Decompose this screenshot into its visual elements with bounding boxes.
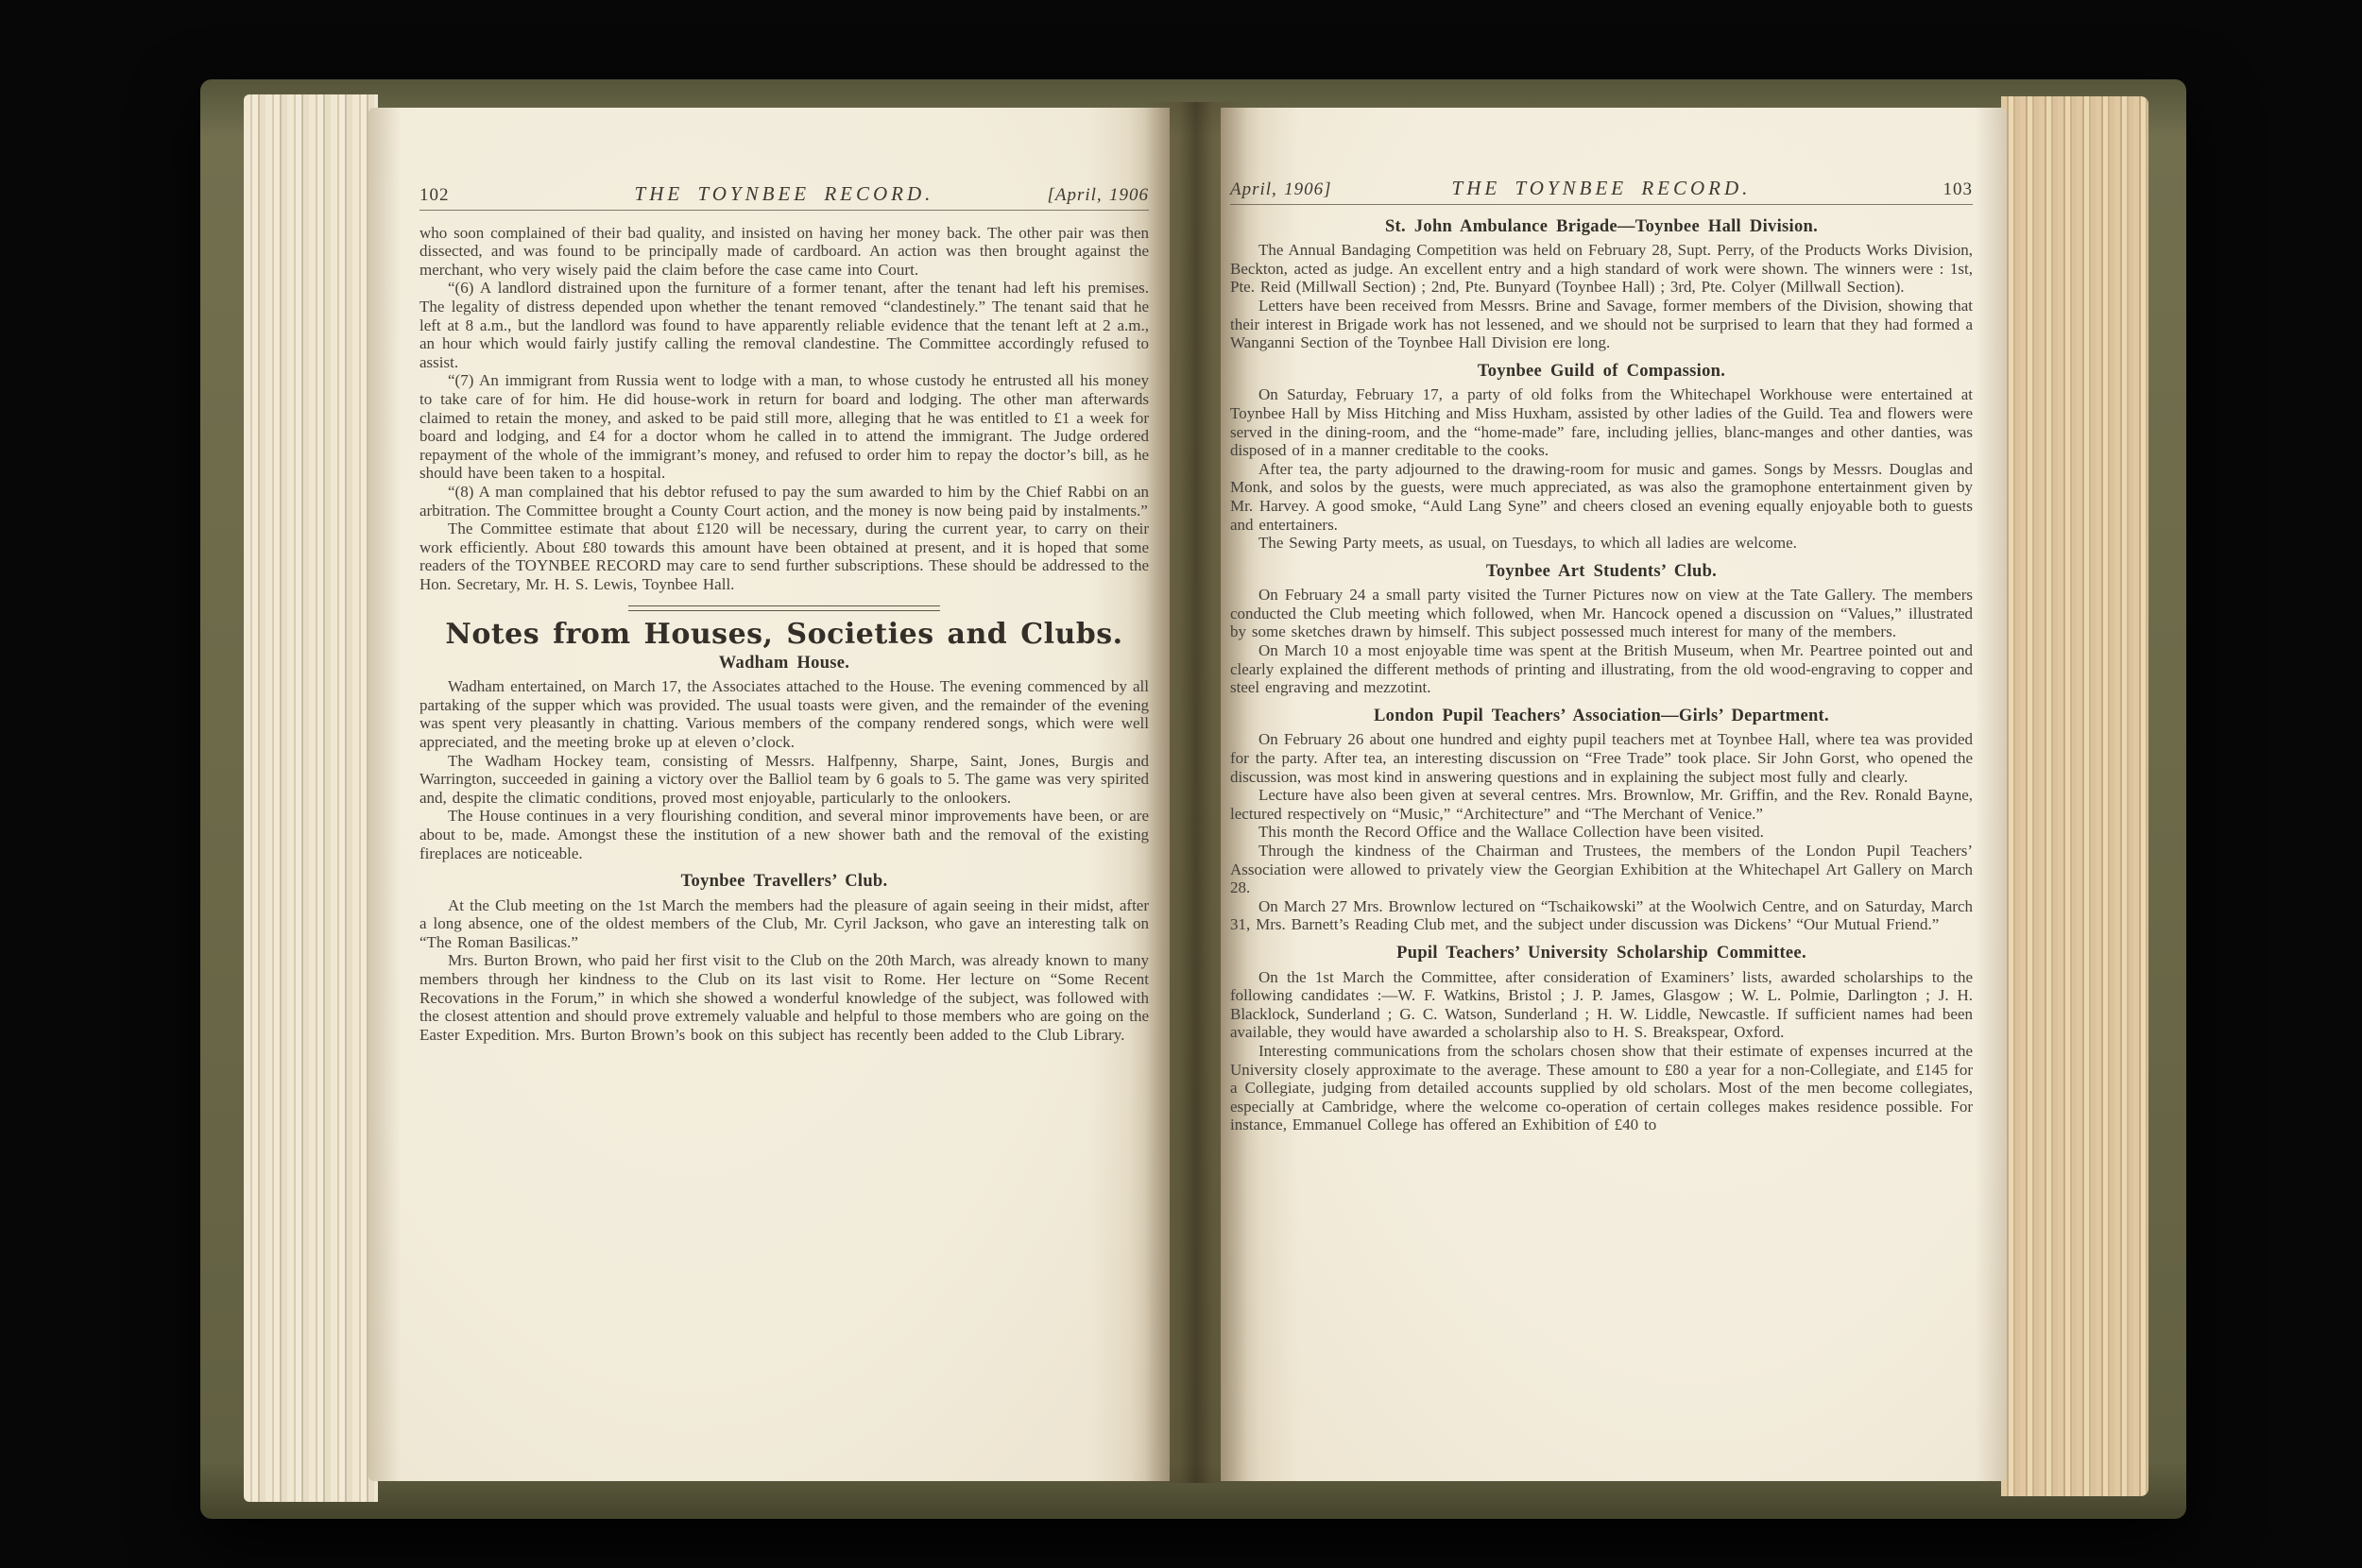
paragraph: Interesting communications from the scho… [1230, 1042, 1973, 1134]
book-photograph: 102 THE TOYNBEE RECORD. [April, 1906 who… [0, 0, 2362, 1568]
left-date-label: [April, 1906 [1047, 186, 1149, 205]
header-rule [419, 210, 1149, 211]
paragraph: The Committee estimate that about £120 w… [419, 520, 1149, 593]
left-page-text: 102 THE TOYNBEE RECORD. [April, 1906 who… [419, 185, 1149, 1044]
paragraph: The House continues in a very flourishin… [419, 807, 1149, 862]
paragraph: who soon complained of their bad quality… [419, 224, 1149, 280]
section-heading: Toynbee Travellers’ Club. [419, 873, 1149, 892]
paragraph: On the 1st March the Committee, after co… [1230, 968, 1973, 1042]
paragraph: Lecture have also been given at several … [1230, 786, 1973, 823]
section-heading: St. John Ambulance Brigade—Toynbee Hall … [1230, 218, 1973, 237]
header-rule [1230, 204, 1973, 205]
journal-title: THE TOYNBEE RECORD. [635, 185, 934, 204]
paragraph: On March 27 Mrs. Brownlow lectured on “T… [1230, 897, 1973, 934]
paragraph: Letters have been received from Messrs. … [1230, 297, 1973, 352]
left-page-number: 102 [419, 186, 450, 205]
right-running-header: April, 1906] THE TOYNBEE RECORD. 103 [1230, 179, 1973, 199]
section-heading: Wadham House. [419, 655, 1149, 673]
paragraph: On February 26 about one hundred and eig… [1230, 730, 1973, 786]
section-heading: Pupil Teachers’ University Scholarship C… [1230, 945, 1973, 963]
paragraph: “(6) A landlord distrained upon the furn… [419, 279, 1149, 371]
paragraph: The Annual Bandaging Competition was hel… [1230, 241, 1973, 297]
paragraph: Wadham entertained, on March 17, the Ass… [419, 677, 1149, 751]
paragraph: Through the kindness of the Chairman and… [1230, 842, 1973, 897]
right-page-number: 103 [1943, 180, 1974, 199]
paragraph: On March 10 a most enjoyable time was sp… [1230, 641, 1973, 697]
paragraph: This month the Record Office and the Wal… [1230, 823, 1973, 842]
section-heading: Toynbee Art Students’ Club. [1230, 563, 1973, 582]
section-divider [628, 605, 940, 611]
right-fore-edge [2001, 96, 2148, 1496]
paragraph: “(7) An immigrant from Russia went to lo… [419, 371, 1149, 483]
paragraph: On February 24 a small party visited the… [1230, 586, 1973, 641]
left-page-edges [244, 94, 378, 1502]
paragraph: On Saturday, February 17, a party of old… [1230, 385, 1973, 459]
paragraph: At the Club meeting on the 1st March the… [419, 896, 1149, 952]
chapter-heading: Notes from Houses, Societies and Clubs. [419, 625, 1149, 644]
right-page-text: April, 1906] THE TOYNBEE RECORD. 103 St.… [1230, 179, 1973, 1134]
paragraph: Mrs. Burton Brown, who paid her first vi… [419, 951, 1149, 1044]
paragraph: After tea, the party adjourned to the dr… [1230, 460, 1973, 534]
section-heading: Toynbee Guild of Compassion. [1230, 363, 1973, 382]
left-running-header: 102 THE TOYNBEE RECORD. [April, 1906 [419, 185, 1149, 205]
journal-title: THE TOYNBEE RECORD. [1452, 179, 1752, 198]
paragraph: “(8) A man complained that his debtor re… [419, 483, 1149, 520]
right-date-label: April, 1906] [1230, 180, 1332, 199]
section-heading: London Pupil Teachers’ Association—Girls… [1230, 707, 1973, 726]
paragraph: The Wadham Hockey team, consisting of Me… [419, 752, 1149, 808]
paragraph: The Sewing Party meets, as usual, on Tue… [1230, 534, 1973, 553]
